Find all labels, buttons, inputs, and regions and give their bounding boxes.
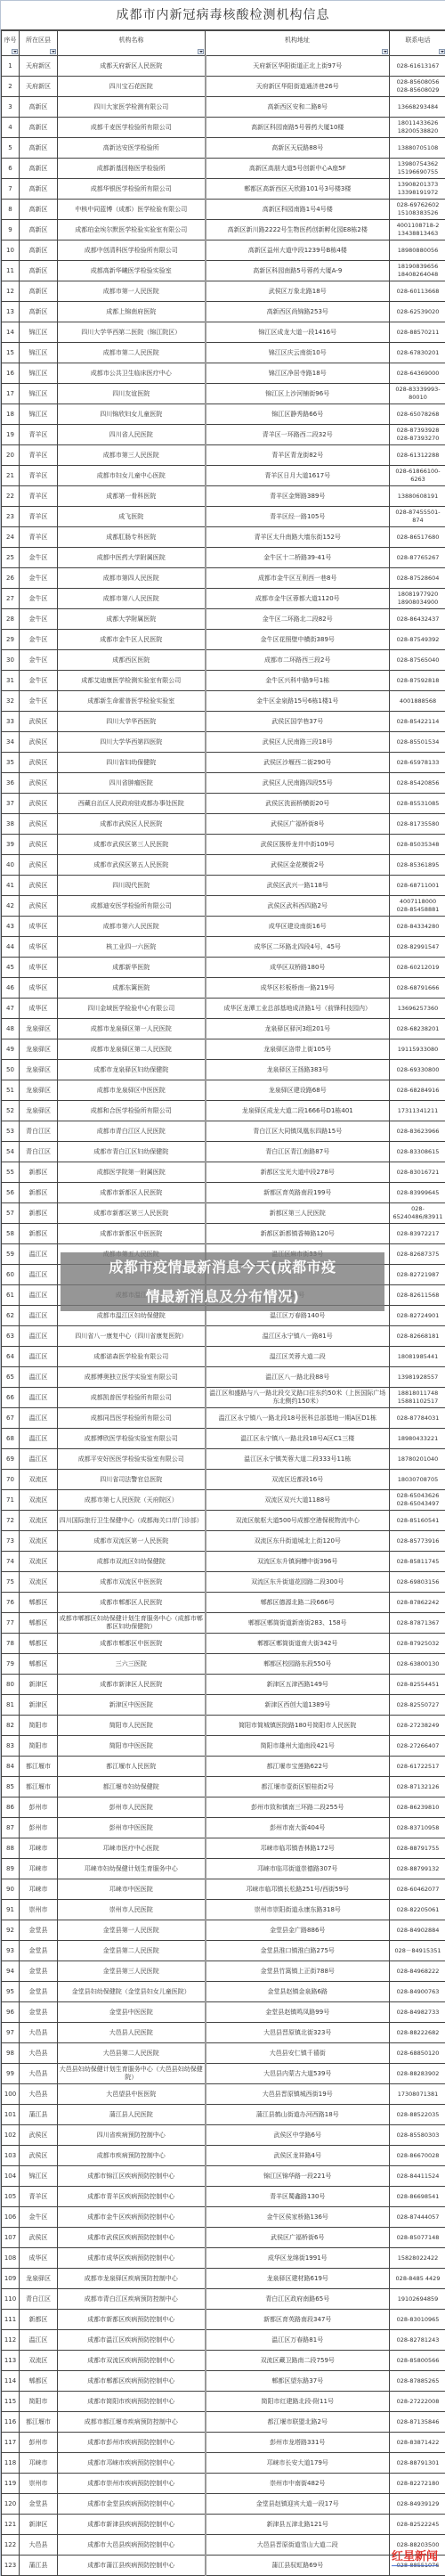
cell-no: 50 (2, 1060, 20, 1080)
table-row: 25金牛区成都中医药大学附属医院金牛区十二桥路39-41号028-8776526… (2, 548, 445, 568)
cell-address: 金堂县赵镇金泉路6路 (206, 1982, 390, 2002)
cell-name: 金堂县中医医院 (58, 2002, 206, 2023)
cell-phone: 13696257360 (390, 999, 445, 1019)
cell-name: 成都珀金埃尔默医学检验实验室有限公司 (58, 220, 206, 240)
cell-phone: 028-61613167 (390, 56, 445, 77)
cell-name: 彭州市人民医院 (58, 1797, 206, 1818)
cell-no: 18 (2, 404, 20, 425)
cell-phone: 13908201373 13398191972 (390, 179, 445, 200)
cell-phone: 028-64369000 (390, 363, 445, 384)
cell-phone: 028-65978133 (390, 753, 445, 773)
cell-no: 104 (2, 2166, 20, 2187)
cell-name: 成都市双流区第一人民医院 (58, 1531, 206, 1552)
cell-phone: 028-85035348 (390, 835, 445, 855)
cell-name: 成都市双流区妇幼保健院 (58, 1552, 206, 1572)
cell-no: 24 (2, 527, 20, 548)
cell-no: 73 (2, 1531, 20, 1552)
cell-no: 36 (2, 773, 20, 794)
cell-phone: 028-86670028 (390, 2146, 445, 2166)
table-row: 28金牛区成都大学附属医院金牛区二环路北二段82号028-86432437 (2, 609, 445, 630)
table-row: 18锦江区四川锦欣妇女儿童医院锦江区静秀路66号028-65078268 (2, 404, 445, 425)
cell-district: 武侯区 (20, 896, 58, 917)
table-row: 120金堂县成都市金堂县疾病预防控制中心金堂县赵镇迎宾大道一段17号028-84… (2, 2494, 445, 2515)
cell-phone: 028-82550727 (390, 1695, 445, 1716)
filter-dropdown-icon[interactable] (198, 49, 204, 54)
cell-address: 金牛区二环路北二段82号 (206, 609, 390, 630)
cell-name: 成都高新华曦医学检验实验室 (58, 261, 206, 281)
cell-name: 成都诺森医学检验有限公司 (58, 1347, 206, 1367)
table-row: 9高新区成都珀金埃尔默医学检验实验室有限公司高新区新川路2222号生物医药创新孵… (2, 220, 445, 240)
filter-dropdown-icon[interactable] (12, 49, 18, 54)
cell-name: 成都市第七人民医院（天府院区） (58, 1490, 206, 1511)
cell-district: 新都区 (20, 1183, 58, 1203)
cell-phone: 028-87549392 (390, 630, 445, 650)
cell-phone: 028-27222008 (390, 2392, 445, 2412)
cell-district: 大邑县 (20, 2064, 58, 2084)
cell-district: 金堂县 (20, 1982, 58, 2002)
cell-district: 金堂县 (20, 1961, 58, 1982)
table-row: 26金牛区成都市第四人民医院成都市金牛区互利西一巷8号028-87528604 (2, 568, 445, 589)
table-row: 104锦江区成都市锦江区疾病预防控制中心锦江区锦华路一段221号028-8441… (2, 2166, 445, 2187)
cell-no: 41 (2, 876, 20, 896)
cell-no: 1 (2, 56, 20, 77)
cell-address: 武侯区龙祥路4号 (206, 2146, 390, 2166)
table-row: 71双流区成都市第七人民医院（天府院区）双流区双兴大道1188号028-6504… (2, 1490, 445, 1511)
headline-overlay-banner: 成都市疫情最新消息今天(成都市疫 情最新消息及分布情况) (61, 1252, 384, 1311)
cell-name: 蒲江县人民医院 (58, 2105, 206, 2125)
table-row: 2天府新区四川宝石花医院天府新区华阳街道通济巷26号028-85608056 0… (2, 77, 445, 97)
cell-no: 23 (2, 507, 20, 527)
cell-address: 高新西区安和二路8号 (206, 97, 390, 118)
cell-address: 新都区新都镇香樟路120号 (206, 1224, 390, 1244)
cell-name: 成都新生命霍普医学检验实验室 (58, 691, 206, 712)
cell-district: 大邑县 (20, 2535, 58, 2556)
header-name: 机构名称 (58, 31, 206, 56)
cell-no: 13 (2, 302, 20, 322)
table-row: 27金牛区成都市第八人民医院成都市金牛区蓉都大道1120号18081977920… (2, 589, 445, 609)
cell-no: 26 (2, 568, 20, 589)
cell-name: 四川大学华西医院 (58, 712, 206, 732)
cell-name: 成飞医院 (58, 507, 206, 527)
cell-name: 成都博欣医学检验实验室有限公司 (58, 1429, 206, 1449)
table-row: 55新都区成都医学院第一附属医院新都区宝光大道中段278号028-8301672… (2, 1162, 445, 1183)
cell-no: 112 (2, 2330, 20, 2351)
cell-district: 青羊区 (20, 445, 58, 466)
cell-no: 123 (2, 2556, 20, 2576)
cell-address: 成华区双桥路180号 (206, 958, 390, 978)
cell-district: 大邑县 (20, 2043, 58, 2064)
cell-district: 龙泉驿区 (20, 2269, 58, 2289)
cell-district: 邛崃市 (20, 1859, 58, 1879)
cell-phone: 18780201040 (390, 1449, 445, 1470)
cell-district: 邛崃市 (20, 2453, 58, 2474)
cell-phone: 028-86432437 (390, 609, 445, 630)
cell-address: 新津区五津西路149号 (206, 1675, 390, 1695)
cell-address: 简阳市简城镇医院路180号简阳市人民医院 (206, 1716, 390, 1736)
table-row: 3高新区四川大家医学检测有限公司高新西区安和二路8号13668293484 (2, 97, 445, 118)
cell-no: 90 (2, 1879, 20, 1900)
cell-address: 温江区永宁镇八一路北段18号医科总部基地一期A区D1栋 (206, 1408, 390, 1429)
table-row: 7高新区成都华银医学检验所有限公司郫都区高新西区天欣路101号3号楼3楼1390… (2, 179, 445, 200)
cell-district: 金牛区 (20, 589, 58, 609)
cell-phone: 028-85160541 (390, 1511, 445, 1531)
cell-no: 100 (2, 2084, 20, 2105)
cell-address: 成都市金牛区蓉都大道1120号 (206, 589, 390, 609)
cell-no: 21 (2, 466, 20, 486)
cell-address: 蒲江县鹤山街道办河西路18号 (206, 2105, 390, 2125)
cell-district: 青白江区 (20, 1142, 58, 1162)
cell-name: 成都市锦江区疾病预防控制中心 (58, 2166, 206, 2187)
table-row: 90邛崃市邛崃市中医医院邛崃市临邛镇长松路251号/西街59号028-60462… (2, 1879, 445, 1900)
cell-name: 成都市温江区疾病预防控制中心 (58, 2330, 206, 2351)
table-row: 44成华区核工业四一六医院成华区二环路北四段4号、45号028-82991547 (2, 937, 445, 958)
table-row: 70双流区四川省司法警官总医院双流区近都段16号18030708705 (2, 1470, 445, 1490)
cell-no: 42 (2, 896, 20, 917)
cell-district: 都江堰市 (20, 1777, 58, 1797)
cell-phone: 028-85773916 (390, 1531, 445, 1552)
cell-phone: 028-67830201 (390, 343, 445, 363)
cell-address: 都江堰市壹街区银桂街2号 (206, 1777, 390, 1797)
table-row: 4高新区成都千麦医学检验所有限公司高新区科园南路5号蓉药大厦10楼1801143… (2, 118, 445, 138)
cell-no: 55 (2, 1162, 20, 1183)
cell-no: 57 (2, 1203, 20, 1224)
cell-no: 79 (2, 1654, 20, 1675)
cell-phone: 028-88522035 (390, 2105, 445, 2125)
cell-phone: 028-68238201 (390, 1019, 445, 1039)
cell-district: 高新区 (20, 240, 58, 261)
cell-address: 郫都区郫筒街道新南街283、158号 (206, 1613, 390, 1634)
cell-district: 简阳市 (20, 1736, 58, 1757)
table-row: 15锦江区成都市第二人民医院锦江区庆云南街10号028-67830201 (2, 343, 445, 363)
cell-no: 45 (2, 958, 20, 978)
cell-district: 金牛区 (20, 568, 58, 589)
cell-no: 82 (2, 1716, 20, 1736)
cell-address: 大邑县晋原镇城西街19号 (206, 2084, 390, 2105)
cell-no: 38 (2, 814, 20, 835)
cell-no: 120 (2, 2494, 20, 2515)
cell-address: 武侯区广福桥街8号 (206, 814, 390, 835)
cell-name: 成都西区医院 (58, 650, 206, 671)
cell-phone: 028-83623966 (390, 1121, 445, 1142)
table-row: 32金牛区成都新生命霍普医学检验实验室金牛区金泉路15号6栋1楼1号400188… (2, 691, 445, 712)
cell-name: 四川省司法警官总医院 (58, 1470, 206, 1490)
cell-phone: 15828022422 (390, 2248, 445, 2269)
cell-name: 成都市第三人民医院 (58, 445, 206, 466)
cell-phone: 028-88570211 (390, 322, 445, 343)
cell-phone: 028-85422114 (390, 712, 445, 732)
table-row: 94金堂县金堂县第三人民医院金堂县竹篙镇上正街788号028-84968222 (2, 1961, 445, 1982)
cell-address: 武侯区广福桥街6号 (206, 2228, 390, 2248)
table-row: 33武侯区四川大学华西医院武侯区国学巷37号028-85422114 (2, 712, 445, 732)
cell-district: 天府新区 (20, 77, 58, 97)
table-row: 13高新区成都上锦南府医院高新西区尚锦路253号028-62539020 (2, 302, 445, 322)
cell-no: 65 (2, 1367, 20, 1388)
table-row: 51龙泉驿区成都市龙泉驿区中医医院龙泉驿区建设路68号028-68284916 (2, 1080, 445, 1101)
cell-district: 成华区 (20, 978, 58, 999)
cell-no: 122 (2, 2535, 20, 2556)
cell-name: 金堂县第一人民医院 (58, 1920, 206, 1941)
cell-no: 54 (2, 1142, 20, 1162)
cell-district: 彭州市 (20, 1818, 58, 1838)
cell-phone: 028-69803156 (390, 1572, 445, 1593)
cell-phone: 028-60113668 (390, 281, 445, 302)
cell-address: 温江区芙蓉大道二段 (206, 1347, 390, 1367)
cell-name: 新津区中医医院 (58, 1695, 206, 1716)
cell-no: 10 (2, 240, 20, 261)
cell-phone: 028-83999645 (390, 1183, 445, 1203)
cell-name: 成都市新都区疾病预防控制中心 (58, 2310, 206, 2330)
table-row: 87彭州市彭州市中医医院彭州市南大街404号028-83710958 (2, 1818, 445, 1838)
cell-district: 郫都区 (20, 1634, 58, 1654)
cell-name: 成都市双流区中医医院 (58, 1572, 206, 1593)
table-header-row: 序号 所在区县 机构名称 机构地址 联系电话 (2, 31, 445, 56)
cell-address: 崇州市中南街482号 (206, 2474, 390, 2494)
cell-no: 119 (2, 2474, 20, 2494)
cell-name: 成都第一骨科医院 (58, 486, 206, 507)
cell-district: 彭州市 (20, 2433, 58, 2453)
cell-address: 武侯区武科西四路2号 (206, 896, 390, 917)
cell-no: 74 (2, 1552, 20, 1572)
cell-phone: 028-88791301 (390, 2453, 445, 2474)
cell-no: 20 (2, 445, 20, 466)
cell-name: 成都大学附属医院 (58, 609, 206, 630)
table-row: 111新都区成都市新都区疾病预防控制中心新都区育英路南段347号028-8301… (2, 2310, 445, 2330)
cell-address: 新都区第三人民医院 (206, 1203, 390, 1224)
cell-name: 成都市龙泉驿区第一人民医院 (58, 1019, 206, 1039)
cell-name: 成都市大邑县疾病预防控制中心 (58, 2535, 206, 2556)
cell-name: 四川现代医院 (58, 876, 206, 896)
cell-no: 87 (2, 1818, 20, 1838)
table-row: 41武侯区四川现代医院武侯区武兴一路118号028-68711001 (2, 876, 445, 896)
cell-address: 成华区龙潭工业总部基地成济路1号（前锋科技园内） (206, 999, 390, 1019)
table-row: 79郫都区三六三医院郫都区校园路东段550号028-63800130 (2, 1654, 445, 1675)
cell-address: 锦江区净居寺路18号 (206, 363, 390, 384)
cell-district: 青羊区 (20, 2187, 58, 2207)
cell-phone: 028-87784031 (390, 1408, 445, 1429)
filter-dropdown-icon[interactable] (50, 49, 56, 54)
cell-name: 四川金域医学检验中心有限公司 (58, 999, 206, 1019)
table-row: 110青白江区成都市青白江区疾病预防控制中心青白江区政府南路65号1910269… (2, 2289, 445, 2310)
cell-district: 锦江区 (20, 384, 58, 404)
cell-district: 温江区 (20, 1408, 58, 1429)
cell-name: 成都市郫都区中医医院 (58, 1634, 206, 1654)
cell-phone: 13980754362 15196690755 (390, 159, 445, 179)
cell-phone: 028-85580303 (390, 2125, 445, 2146)
cell-phone: 18081977920 18908034900 (390, 589, 445, 609)
cell-name: 大邑望县中医医院 (58, 2084, 206, 2105)
cell-name: 成都市崇州市疾病预防控制中心 (58, 2474, 206, 2494)
cell-district: 简阳市 (20, 1716, 58, 1736)
cell-name: 四川大学华西第四医院 (58, 732, 206, 753)
cell-phone: 028-27266407 (390, 1736, 445, 1757)
cell-name: 都江堰市妇幼保健院 (58, 1777, 206, 1797)
table-row: 17锦江区四川友谊医院锦江区上沙河铺街96号028-83339993- 8001… (2, 384, 445, 404)
cell-name: 成都市疾病预防控制中心 (58, 2146, 206, 2166)
cell-name: 四川大学华西第二医院（锦江院区） (58, 322, 206, 343)
cell-district: 蒲江县 (20, 2105, 58, 2125)
table-row: 14锦江区四川大学华西第二医院（锦江院区）锦江区成龙大道一段1416号028-8… (2, 322, 445, 343)
cell-phone: 028-87528604 (390, 568, 445, 589)
cell-address: 新都区育英路南段199号 (206, 1183, 390, 1203)
cell-phone: 4007118000 028-85458881 (390, 896, 445, 917)
cell-no: 60 (2, 1265, 20, 1285)
cell-address: 简阳市雄州大道南段421号 (206, 1736, 390, 1757)
cell-name: 高新达安医学检验所 (58, 138, 206, 159)
cell-name: 西藏自治区人民政府驻成都办事处医院 (58, 794, 206, 814)
table-row: 114郫都区成都市郫都区疾病预防控制中心郫都区望东路37号028-8788526… (2, 2371, 445, 2392)
cell-no: 66 (2, 1388, 20, 1408)
cell-phone: 028-27238249 (390, 1716, 445, 1736)
cell-district: 新都区 (20, 1162, 58, 1183)
cell-name: 成都市武侯区第五人民医院 (58, 855, 206, 876)
cell-name: 成都市郫都区妇幼保健计划生育服务中心（成都市郫都区妇幼保健院） (58, 1613, 206, 1634)
cell-phone: 17311341211 (390, 1101, 445, 1121)
cell-no: 70 (2, 1470, 20, 1490)
cell-phone: 028-68791666 (390, 978, 445, 999)
cell-no: 8 (2, 200, 20, 220)
cell-name: 邛崃市中医医院 (58, 1879, 206, 1900)
cell-address: 天府新区华阳街道正北上街97号 (206, 56, 390, 77)
cell-name: 成都市武侯区第三人民医院 (58, 835, 206, 855)
cell-no: 81 (2, 1695, 20, 1716)
cell-district: 武侯区 (20, 876, 58, 896)
cell-name: 成都肛肠专科医院 (58, 527, 206, 548)
table-row: 56新都区成都市新都区人民医院新都区育英路南段199号028-83999645 (2, 1183, 445, 1203)
cell-district: 武侯区 (20, 2228, 58, 2248)
headline-line-1: 成都市疫情最新消息今天(成都市疫 (61, 1252, 384, 1282)
cell-phone: 028-87393928 028-87393270 (390, 425, 445, 445)
cell-no: 67 (2, 1408, 20, 1429)
cell-name: 成都市青白江区人民医院 (58, 1121, 206, 1142)
cell-phone: 4001888568 (390, 691, 445, 712)
cell-name: 四川省人民医院 (58, 425, 206, 445)
cell-address: 青羊区经一路105号 (206, 507, 390, 527)
cell-address: 都江堰市联盟北路2号 (206, 2412, 390, 2433)
cell-address: 金堂县竹篙镇上正街788号 (206, 1961, 390, 1982)
cell-district: 郫都区 (20, 1613, 58, 1634)
cell-district: 锦江区 (20, 363, 58, 384)
cell-address: 邛崃市长安大道179号 (206, 2453, 390, 2474)
cell-phone: 028-84334280 (390, 917, 445, 937)
cell-address: 大邑县安仁镇千禧街 (206, 2043, 390, 2064)
cell-phone: 4001108718-2 13438813463 (390, 220, 445, 240)
table-row: 29金牛区成都市金牛区人民医院金牛区花照壁中横街389号028-87549392 (2, 630, 445, 650)
cell-address: 大邑县晋原镇北街323号 (206, 2023, 390, 2043)
cell-district: 温江区 (20, 1367, 58, 1388)
cell-address: 锦江区成龙大道一段1416号 (206, 322, 390, 343)
cell-address: 温江区永宁镇八一路81号 (206, 1326, 390, 1347)
cell-district: 高新区 (20, 118, 58, 138)
table-row: 73双流区成都市双流区第一人民医院双流区东升街道城北上街120号028-8577… (2, 1531, 445, 1552)
cell-name: 成都和合医学检验所有限公司 (58, 1101, 206, 1121)
header-district: 所在区县 (20, 31, 58, 56)
cell-district: 新都区 (20, 2310, 58, 2330)
cell-phone: 19102694859 (390, 2289, 445, 2310)
cell-district: 青羊区 (20, 527, 58, 548)
cell-phone: 028-84902884 (390, 1920, 445, 1941)
table-row: 113双流区成都市双流区疾病预防控制中心双流区藏卫路南二段759号028-858… (2, 2351, 445, 2371)
table-row: 10高新区成都中创清科医学检验所有限公司高新区益州大道中段1239号B栋4楼18… (2, 240, 445, 261)
cell-district: 崇州市 (20, 2474, 58, 2494)
cell-district: 金牛区 (20, 548, 58, 568)
cell-no: 84 (2, 1757, 20, 1777)
cell-address: 成华区龙绵街1991号 (206, 2248, 390, 2269)
cell-name: 成都东篱医院 (58, 978, 206, 999)
cell-district: 彭州市 (20, 1797, 58, 1818)
cell-name: 四川友谊医院 (58, 384, 206, 404)
cell-no: 9 (2, 220, 20, 240)
cell-district: 金牛区 (20, 691, 58, 712)
cell-district: 成华区 (20, 958, 58, 978)
cell-district: 邛崃市 (20, 1838, 58, 1859)
cell-name: 成都市妇女儿童中心医院 (58, 466, 206, 486)
watermark-underline (392, 2565, 438, 2566)
table-row: 108成华区成都市成华区疾病预防控制中心成华区龙绵街1991号158280224… (2, 2248, 445, 2269)
cell-district: 新津区 (20, 1695, 58, 1716)
filter-dropdown-icon[interactable] (439, 49, 445, 54)
cell-phone: 028-62539020 (390, 302, 445, 322)
cell-name: 成都市邛崃市疾病预防控制中心 (58, 2453, 206, 2474)
cell-name: 成都市新都区人民医院 (58, 1183, 206, 1203)
cell-phone: 18030708705 (390, 1470, 445, 1490)
cell-name: 四川国际旅行卫生保健中心（成都海关口岸门诊部） (58, 1511, 206, 1531)
table-row: 76郫都区成都市郫都区人民医院郫都区德源北路二段666号028-87862242 (2, 1593, 445, 1613)
table-row: 84都江堰市都江堰市人民医院都江堰市宝莲路622号028-61722517 (2, 1757, 445, 1777)
cell-name: 成都市都江堰市疾病预防控制中心 (58, 2412, 206, 2433)
table-row: 68温江区成都博欣医学检验实验室有限公司温江区永宁镇八一路北段18号A区C1三楼… (2, 1429, 445, 1449)
cell-name: 成都市武侯区人民医院 (58, 814, 206, 835)
filter-dropdown-icon[interactable] (382, 49, 388, 54)
cell-no: 63 (2, 1326, 20, 1347)
cell-no: 11 (2, 261, 20, 281)
table-row: 123蒲江县成都市蒲江县疾病预防控制中心蒲江县驭虹路69号028-8855107… (2, 2556, 445, 2576)
cell-district: 温江区 (20, 2330, 58, 2351)
cell-phone: 13981928557 (390, 1367, 445, 1388)
cell-no: 31 (2, 671, 20, 691)
cell-phone: 18081985441 (390, 1347, 445, 1367)
cell-phone: 028-87925032 (390, 1634, 445, 1654)
cell-address: 温江区万春路81号 (206, 2330, 390, 2351)
cell-no: 94 (2, 1961, 20, 1982)
cell-address: 金牛区兴科中路9号1栋 (206, 671, 390, 691)
cell-district: 大邑县 (20, 2023, 58, 2043)
cell-no: 33 (2, 712, 20, 732)
cell-no: 72 (2, 1511, 20, 1531)
table-row: 47成华区四川金域医学检验中心有限公司成华区龙潭工业总部基地成济路1号（前锋科技… (2, 999, 445, 1019)
table-row: 6高新区成都新基因格医学检验所高新区高朋大道5号创新中心A座5F13980754… (2, 159, 445, 179)
cell-name: 成都市青白江区妇幼保健院 (58, 1142, 206, 1162)
cell-district: 高新区 (20, 159, 58, 179)
table-row: 81新津区新津区中医医院新津区西创大道1389号028-82550727 (2, 1695, 445, 1716)
table-row: 5高新区高新达安医学检验所高新区天辰路88号13880705108 (2, 138, 445, 159)
table-row: 122大邑县成都市大邑县疾病预防控制中心大邑县晋原街道雪山大道二段028-882… (2, 2535, 445, 2556)
cell-district: 武侯区 (20, 835, 58, 855)
cell-phone: 028-87871367 (390, 1613, 445, 1634)
table-row: 119崇州市成都市崇州市疾病预防控制中心崇州市中南街482号028-822721… (2, 2474, 445, 2494)
cell-address: 武侯区国学巷37号 (206, 712, 390, 732)
cell-district: 龙泉驿区 (20, 1039, 58, 1060)
cell-district: 郫都区 (20, 1654, 58, 1675)
cell-address: 金牛区花照壁中横街389号 (206, 630, 390, 650)
cell-no: 76 (2, 1593, 20, 1613)
cell-address: 邛崃市临邛镇杏林路172号 (206, 1838, 390, 1859)
table-row: 74双流区成都市双流区妇幼保健院双流区东升镇涧槽中街396号028-858117… (2, 1552, 445, 1572)
table-row: 64温江区成都诺森医学检验有限公司温江区芙蓉大道二段18081985441 (2, 1347, 445, 1367)
cell-district: 高新区 (20, 281, 58, 302)
cell-phone: 028-82522245 (390, 2515, 445, 2535)
table-row: 12高新区成都市第一人民医院武侯区万象北路18号028-60113668 (2, 281, 445, 302)
cell-name: 大邑县人民医院 (58, 2023, 206, 2043)
